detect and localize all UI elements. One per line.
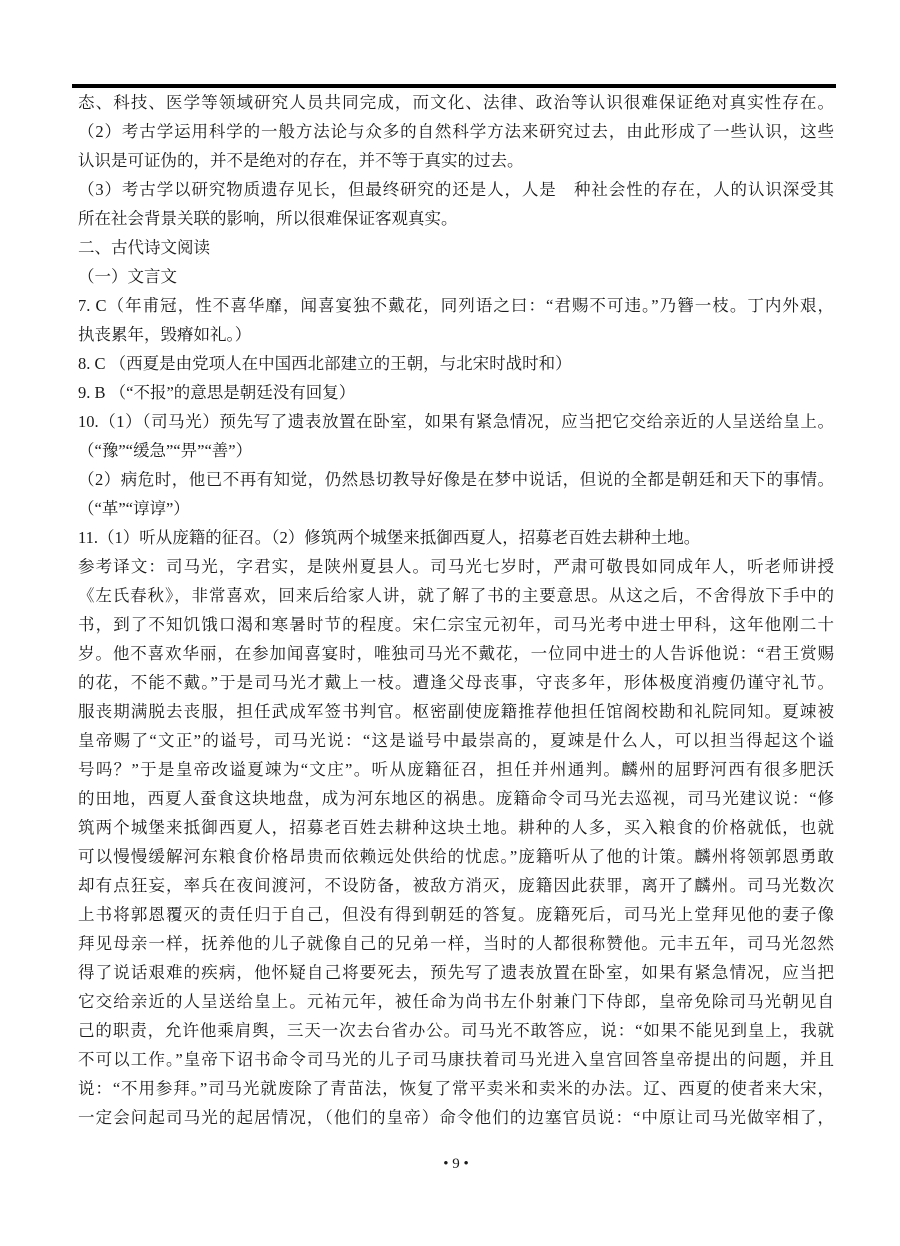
text-line: 皇帝赐了“文正”的谥号，司马光说：“这是谥号中最崇高的，夏竦是什么人，可以担当得… [78, 726, 834, 755]
text-line: 说：“不用参拜。”司马光就废除了青苗法，恢复了常平卖米和卖米的办法。辽、西夏的使… [78, 1074, 834, 1103]
text-line: 7. C（年甫冠，性不喜华靡，闻喜宴独不戴花，同列语之曰：“君赐不可违。”乃簪一… [78, 291, 834, 320]
text-line: 得了说话艰难的疾病，他怀疑自己将要死去，预先写了遗表放置在卧室，如果有紧急情况，… [78, 958, 834, 987]
text-line: 11.（1）听从庞籍的征召。（2）修筑两个城堡来抵御西夏人，招募老百姓去耕种土地… [78, 523, 834, 552]
text-line: 参考译文：司马光，字君实，是陕州夏县人。司马光七岁时，严肃可敬畏如同成年人，听老… [78, 552, 834, 581]
text-line: 二、古代诗文阅读 [78, 233, 834, 262]
text-block: 态、科技、医学等领域研究人员共同完成，而文化、法律、政治等认识很难保证绝对真实性… [78, 88, 834, 1132]
text-line: 上书将郭恩覆灭的责任归于自己，但没有得到朝廷的答复。庞籍死后，司马光上堂拜见他的… [78, 900, 834, 929]
text-line: 9. B （“不报”的意思是朝廷没有回复） [78, 378, 834, 407]
text-line: 所在社会背景关联的影响，所以很难保证客观真实。 [78, 204, 834, 233]
text-line: （一）文言文 [78, 262, 834, 291]
text-line: 不可以工作。”皇帝下诏书命令司马光的儿子司马康扶着司马光进入皇宫回答皇帝提出的问… [78, 1045, 834, 1074]
text-line: 一定会问起司马光的起居情况，（他们的皇帝）命令他们的边塞官员说：“中原让司马光做… [78, 1103, 834, 1132]
text-line: 服丧期满脱去丧服，担任武成军签书判官。枢密副使庞籍推荐他担任馆阁校勘和礼院同知。… [78, 697, 834, 726]
text-line: 的花，不能不戴。”于是司马光才戴上一枝。遭逢父母丧事，守丧多年，形体极度消瘦仍谨… [78, 668, 834, 697]
text-line: 筑两个城堡来抵御西夏人，招募老百姓去耕种这块土地。耕种的人多，买入粮食的价格就低… [78, 813, 834, 842]
text-line: 认识是可证伪的，并不是绝对的存在，并不等于真实的过去。 [78, 146, 834, 175]
text-line: （3）考古学以研究物质遗存见长，但最终研究的还是人，人是 种社会性的存在，人的认… [78, 175, 834, 204]
text-line: 可以慢慢缓解河东粮食价格昂贵而依赖远处供给的忧虑。”庞籍听从了他的计策。麟州将领… [78, 842, 834, 871]
text-line: 的田地，西夏人蚕食这块地盘，成为河东地区的祸患。庞籍命令司马光去巡视，司马光建议… [78, 784, 834, 813]
text-line: 却有点狂妄，率兵在夜间渡河，不设防备，被敌方消灭，庞籍因此获罪，离开了麟州。司马… [78, 871, 834, 900]
text-line: 书，到了不知饥饿口渴和寒暑时节的程度。宋仁宗宝元初年，司马光考中进士甲科，这年他… [78, 610, 834, 639]
text-line: （“革”“谆谆”） [78, 494, 834, 523]
text-line: 10.（1）（司马光）预先写了遗表放置在卧室，如果有紧急情况，应当把它交给亲近的… [78, 407, 834, 436]
text-line: （“豫”“缓急”“畀”“善”） [78, 436, 834, 465]
text-line: 岁。他不喜欢华丽，在参加闻喜宴时，唯独司马光不戴花，一位同中进士的人告诉他说：“… [78, 639, 834, 668]
text-line: 拜见母亲一样，抚养他的儿子就像自己的兄弟一样，当时的人都很称赞他。元丰五年，司马… [78, 929, 834, 958]
page-number: • 9 • [78, 1150, 834, 1179]
text-line: （2）病危时，他已不再有知觉，仍然恳切教导好像是在梦中说话，但说的全都是朝廷和天… [78, 465, 834, 494]
text-line: 号吗？”于是皇帝改谥夏竦为“文庄”。听从庞籍征召，担任并州通判。麟州的屈野河西有… [78, 755, 834, 784]
document-page: 态、科技、医学等领域研究人员共同完成，而文化、法律、政治等认识很难保证绝对真实性… [0, 0, 900, 1246]
text-line: 《左氏春秋》，非常喜欢，回来后给家人讲，就了解了书的主要意思。从这之后，不舍得放… [78, 581, 834, 610]
text-line: 己的职责，允许他乘肩舆，三天一次去台省办公。司马光不敢答应，说：“如果不能见到皇… [78, 1016, 834, 1045]
text-line: 它交给亲近的人呈送给皇上。元祐元年，被任命为尚书左仆射兼门下侍郎，皇帝免除司马光… [78, 987, 834, 1016]
text-line: 执丧累年，毁瘠如礼。） [78, 320, 834, 349]
text-line: （2）考古学运用科学的一般方法论与众多的自然科学方法来研究过去，由此形成了一些认… [78, 117, 834, 146]
text-line: 态、科技、医学等领域研究人员共同完成，而文化、法律、政治等认识很难保证绝对真实性… [78, 88, 834, 117]
text-line: 8. C （西夏是由党项人在中国西北部建立的王朝，与北宋时战时和） [78, 349, 834, 378]
